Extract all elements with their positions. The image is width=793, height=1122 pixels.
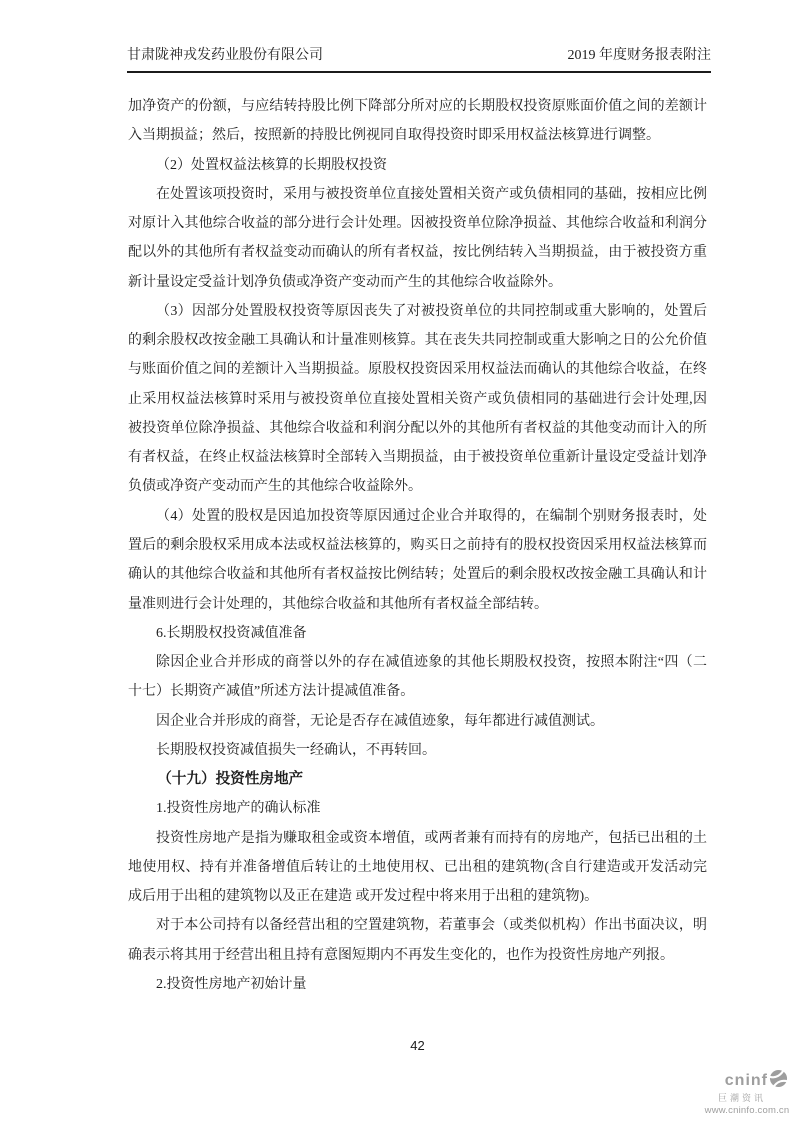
- text-line: 成后用于出租的建筑物以及正在建造 或开发过程中将来用于出租的建筑物)。: [128, 882, 707, 911]
- cninfo-logo-brand-row: cninf: [704, 1069, 790, 1092]
- text-line: 新计量设定受益计划净负债或净资产变动而产生的其他综合收益除外。: [128, 268, 707, 297]
- text-line: 止采用权益法核算时采用与被投资单位直接处置相关资产或负债相同的基础进行会计处理,…: [128, 385, 707, 414]
- text-line: 在处置该项投资时，采用与被投资单位直接处置相关资产或负债相同的基础，按相应比例: [128, 180, 707, 209]
- text-line: 6.长期股权投资减值准备: [128, 619, 707, 648]
- text-line: 对于本公司持有以备经营出租的空置建筑物，若董事会（或类似机构）作出书面决议，明: [128, 911, 707, 940]
- document-body: 加净资产的份额，与应结转持股比例下降部分所对应的长期股权投资原账面价值之间的差额…: [128, 92, 707, 999]
- header-company-name: 甘肃陇神戎发药业股份有限公司: [127, 44, 323, 64]
- text-line: 投资性房地产是指为赚取租金或资本增值，或两者兼有而持有的房地产，包括已出租的土: [128, 824, 707, 853]
- cninfo-swirl-icon: [769, 1069, 788, 1092]
- section-heading: （十九）投资性房地产: [128, 765, 707, 794]
- text-line: 十七）长期资产减值”所述方法计提减值准备。: [128, 677, 707, 706]
- text-line: （3）因部分处置股权投资等原因丧失了对被投资单位的共同控制或重大影响的，处置后: [128, 297, 707, 326]
- text-line: 2.投资性房地产初始计量: [128, 970, 707, 999]
- text-line: 入当期损益；然后，按照新的持股比例视同自取得投资时即采用权益法核算进行调整。: [128, 121, 707, 150]
- page-header: 甘肃陇神戎发药业股份有限公司 2019 年度财务报表附注: [127, 48, 711, 73]
- text-line: 与账面价值之间的差额计入当期损益。原股权投资因采用权益法而确认的其他综合收益，在…: [128, 355, 707, 384]
- text-line: 加净资产的份额，与应结转持股比例下降部分所对应的长期股权投资原账面价值之间的差额…: [128, 92, 707, 121]
- header-doc-title: 2019 年度财务报表附注: [568, 44, 712, 64]
- page-number: 42: [128, 1038, 707, 1053]
- text-line: 的剩余股权改按金融工具确认和计量准则核算。其在丧失共同控制或重大影响之日的公允价…: [128, 326, 707, 355]
- cninfo-chinese-name: 巨潮资讯: [704, 1094, 790, 1103]
- text-line: 负债或净资产变动而产生的其他综合收益除外。: [128, 472, 707, 501]
- text-line: 置后的剩余股权采用成本法或权益法核算的，购买日之前持有的股权投资因采用权益法核算…: [128, 531, 707, 560]
- cninfo-logo: cninf 巨潮资讯 www.cninfo.com.cn: [704, 1069, 790, 1116]
- cninfo-url: www.cninfo.com.cn: [704, 1106, 790, 1116]
- text-line: 长期股权投资减值损失一经确认，不再转回。: [128, 736, 707, 765]
- text-line: 被投资单位除净损益、其他综合收益和利润分配以外的其他所有者权益的其他变动而计入的…: [128, 414, 707, 443]
- text-line: 确认的其他综合收益和其他所有者权益按比例结转；处置后的剩余股权改按金融工具确认和…: [128, 560, 707, 589]
- cninfo-brand-text: cninf: [725, 1073, 768, 1089]
- text-line: （4）处置的股权是因追加投资等原因通过企业合并取得的，在编制个别财务报表时，处: [128, 502, 707, 531]
- text-line: 除因企业合并形成的商誉以外的存在减值迹象的其他长期股权投资，按照本附注“四（二: [128, 648, 707, 677]
- text-line: 确表示将其用于经营出租且持有意图短期内不再发生变化的，也作为投资性房地产列报。: [128, 941, 707, 970]
- text-line: 因企业合并形成的商誉，无论是否存在减值迹象，每年都进行减值测试。: [128, 707, 707, 736]
- text-line: （2）处置权益法核算的长期股权投资: [128, 151, 707, 180]
- text-line: 对原计入其他综合收益的部分进行会计处理。因被投资单位除净损益、其他综合收益和利润…: [128, 209, 707, 238]
- document-page: 甘肃陇神戎发药业股份有限公司 2019 年度财务报表附注 加净资产的份额，与应结…: [0, 0, 793, 1122]
- text-line: 有者权益，在终止权益法核算时全部转入当期损益，由于被投资单位重新计量设定受益计划…: [128, 443, 707, 472]
- text-line: 1.投资性房地产的确认标准: [128, 794, 707, 823]
- text-line: 配以外的其他所有者权益变动而确认的所有者权益，按比例结转入当期损益，由于被投资方…: [128, 238, 707, 267]
- text-line: 地使用权、持有并准备增值后转让的土地使用权、已出租的建筑物(含自行建造或开发活动…: [128, 853, 707, 882]
- text-line: 量准则进行会计处理的，其他综合收益和其他所有者权益全部结转。: [128, 590, 707, 619]
